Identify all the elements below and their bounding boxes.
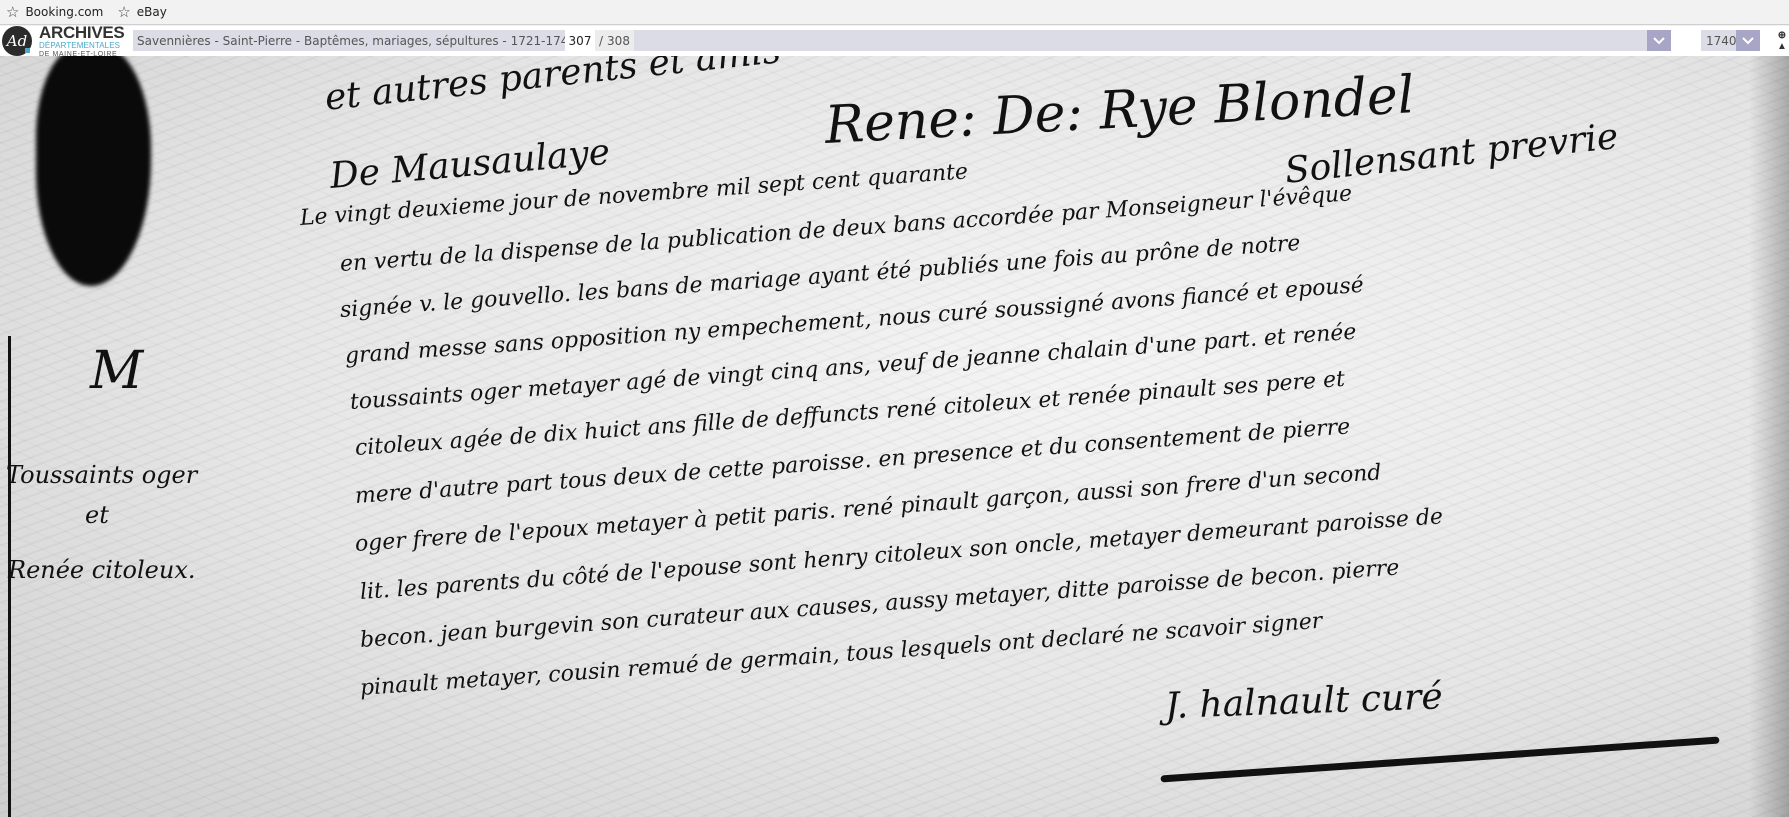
side-tools: ⊕ ▲ xyxy=(1775,30,1789,54)
warning-icon[interactable]: ▲ xyxy=(1777,41,1787,52)
page-navigator: 307 / 308 xyxy=(565,30,634,51)
logo-line-1: ARCHIVES xyxy=(39,24,124,41)
bookmark-label: eBay xyxy=(137,5,167,19)
star-icon: ☆ xyxy=(6,5,19,20)
bookmark-label: Booking.com xyxy=(25,5,103,19)
logo-text: ARCHIVES DÉPARTEMENTALES DE MAINE-ET-LOI… xyxy=(39,24,124,58)
year-value: 1740 xyxy=(1701,34,1737,48)
logo-mark-icon: Ad xyxy=(2,26,32,56)
margin-name-groom: Toussaints oger xyxy=(6,461,197,489)
page-total: 308 xyxy=(607,34,634,48)
register-title: Savennières - Saint-Pierre - Baptêmes, m… xyxy=(133,34,576,48)
margin-name-bride: Renée citoleux. xyxy=(8,556,195,584)
zoom-in-icon[interactable]: ⊕ xyxy=(1778,30,1786,41)
document-image-viewer[interactable]: et autres parents et amis De Mausaulaye … xyxy=(0,56,1789,817)
page-separator: / xyxy=(599,34,603,48)
register-dropdown-button[interactable] xyxy=(1647,30,1671,51)
archives-logo[interactable]: Ad ARCHIVES DÉPARTEMENTALES DE MAINE-ET-… xyxy=(0,26,132,56)
bookmarks-bar: ☆ Booking.com ☆ eBay xyxy=(0,0,1789,25)
margin-mark: M xyxy=(90,341,143,401)
page-edge-shadow xyxy=(1749,56,1789,817)
bookmark-ebay[interactable]: ☆ eBay xyxy=(117,5,167,20)
viewer-toolbar: Ad ARCHIVES DÉPARTEMENTALES DE MAINE-ET-… xyxy=(0,26,1789,56)
bookmark-booking[interactable]: ☆ Booking.com xyxy=(6,5,103,20)
star-icon: ☆ xyxy=(117,5,130,20)
logo-line-2: DÉPARTEMENTALES xyxy=(39,42,124,50)
chevron-down-icon xyxy=(1742,37,1754,45)
margin-conjunction: et xyxy=(85,501,109,529)
page-number-input[interactable]: 307 xyxy=(565,30,595,51)
chevron-down-icon xyxy=(1653,37,1665,45)
year-select[interactable]: 1740 xyxy=(1701,30,1760,51)
register-select[interactable]: Savennières - Saint-Pierre - Baptêmes, m… xyxy=(133,30,1671,51)
year-dropdown-button[interactable] xyxy=(1736,30,1760,51)
